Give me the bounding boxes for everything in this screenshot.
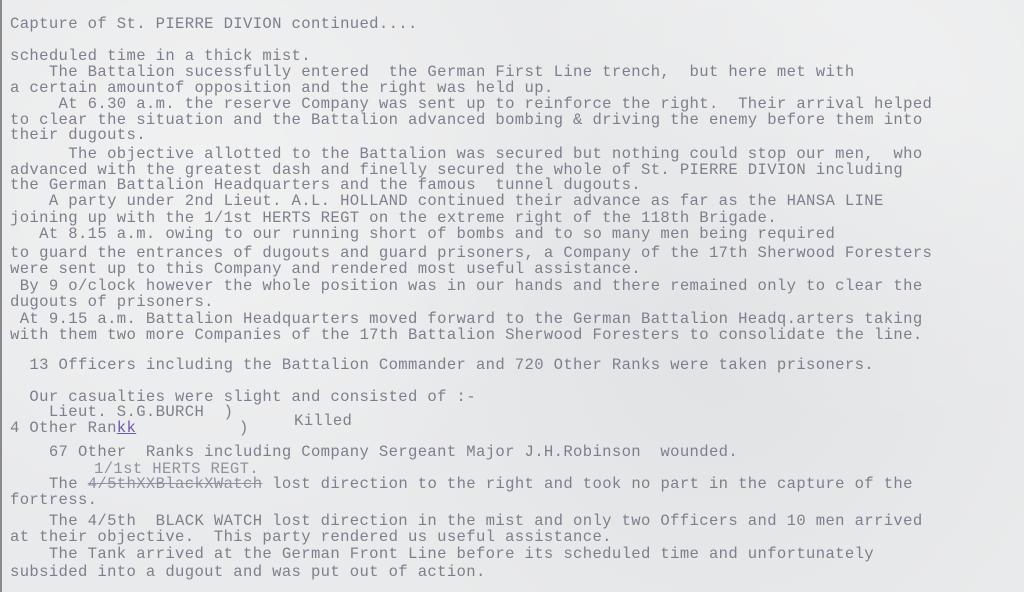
body-line: The 4/5th BLACK WATCH lost direction in … (10, 513, 923, 529)
body-line: dugouts of prisoners. (10, 294, 214, 310)
document-heading: Capture of St. PIERRE DIVION continued..… (10, 16, 418, 32)
casualty-officer: Lieut. S.G.BURCH ) (10, 404, 233, 420)
body-line: A party under 2nd Lieut. A.L. HOLLAND co… (10, 193, 884, 209)
other-ranks-label: 4 Other Ran (10, 419, 117, 437)
body-line: to guard the entrances of dugouts and gu… (10, 245, 932, 261)
struck-text: 4/5thXXBlackXWatch (88, 475, 263, 493)
body-line: The Tank arrived at the German Front Lin… (10, 546, 874, 562)
body-line: At 6.30 a.m. the reserve Company was sen… (10, 96, 932, 112)
body-line: joining up with the 1/1st HERTS REGT on … (10, 210, 777, 226)
struck-suffix: lost direction to the right and took no … (262, 475, 912, 493)
casualty-other-ranks: 4 Other Rankk (10, 420, 136, 436)
body-line: subsided into a dugout and was put out o… (10, 564, 486, 580)
body-line: a certain amountof opposition and the ri… (10, 80, 554, 96)
body-line: By 9 o/clock however the whole position … (10, 278, 923, 294)
body-line: with them two more Companies of the 17th… (10, 327, 923, 343)
body-line: The objective allotted to the Battalion … (10, 146, 923, 162)
body-line: The Battalion sucessfully entered the Ge… (10, 64, 855, 80)
body-line: their dugouts. (10, 127, 146, 143)
body-line: at their objective. This party rendered … (10, 529, 612, 545)
casualty-wounded: 67 Other Ranks including Company Sergean… (10, 444, 738, 460)
body-line: scheduled time in a thick mist. (10, 48, 311, 64)
other-ranks-overtype: kk (117, 419, 136, 437)
body-line: to clear the situation and the Battalion… (10, 112, 923, 128)
struck-line: The 4/5thXXBlackXWatch lost direction to… (10, 476, 913, 492)
body-line: At 8.15 a.m. owing to our running short … (10, 226, 835, 242)
body-line: the German Battalion Headquarters and th… (10, 177, 641, 193)
body-line: At 9.15 a.m. Battalion Headquarters move… (10, 311, 923, 327)
casualty-status-killed: Killed (294, 413, 352, 429)
casualty-bracket: ) (239, 420, 249, 436)
typed-document-page: Capture of St. PIERRE DIVION continued..… (0, 0, 1024, 592)
prisoners-line: 13 Officers including the Battalion Comm… (10, 357, 874, 373)
body-line: were sent up to this Company and rendere… (10, 261, 641, 277)
body-line: fortress. (10, 492, 97, 508)
